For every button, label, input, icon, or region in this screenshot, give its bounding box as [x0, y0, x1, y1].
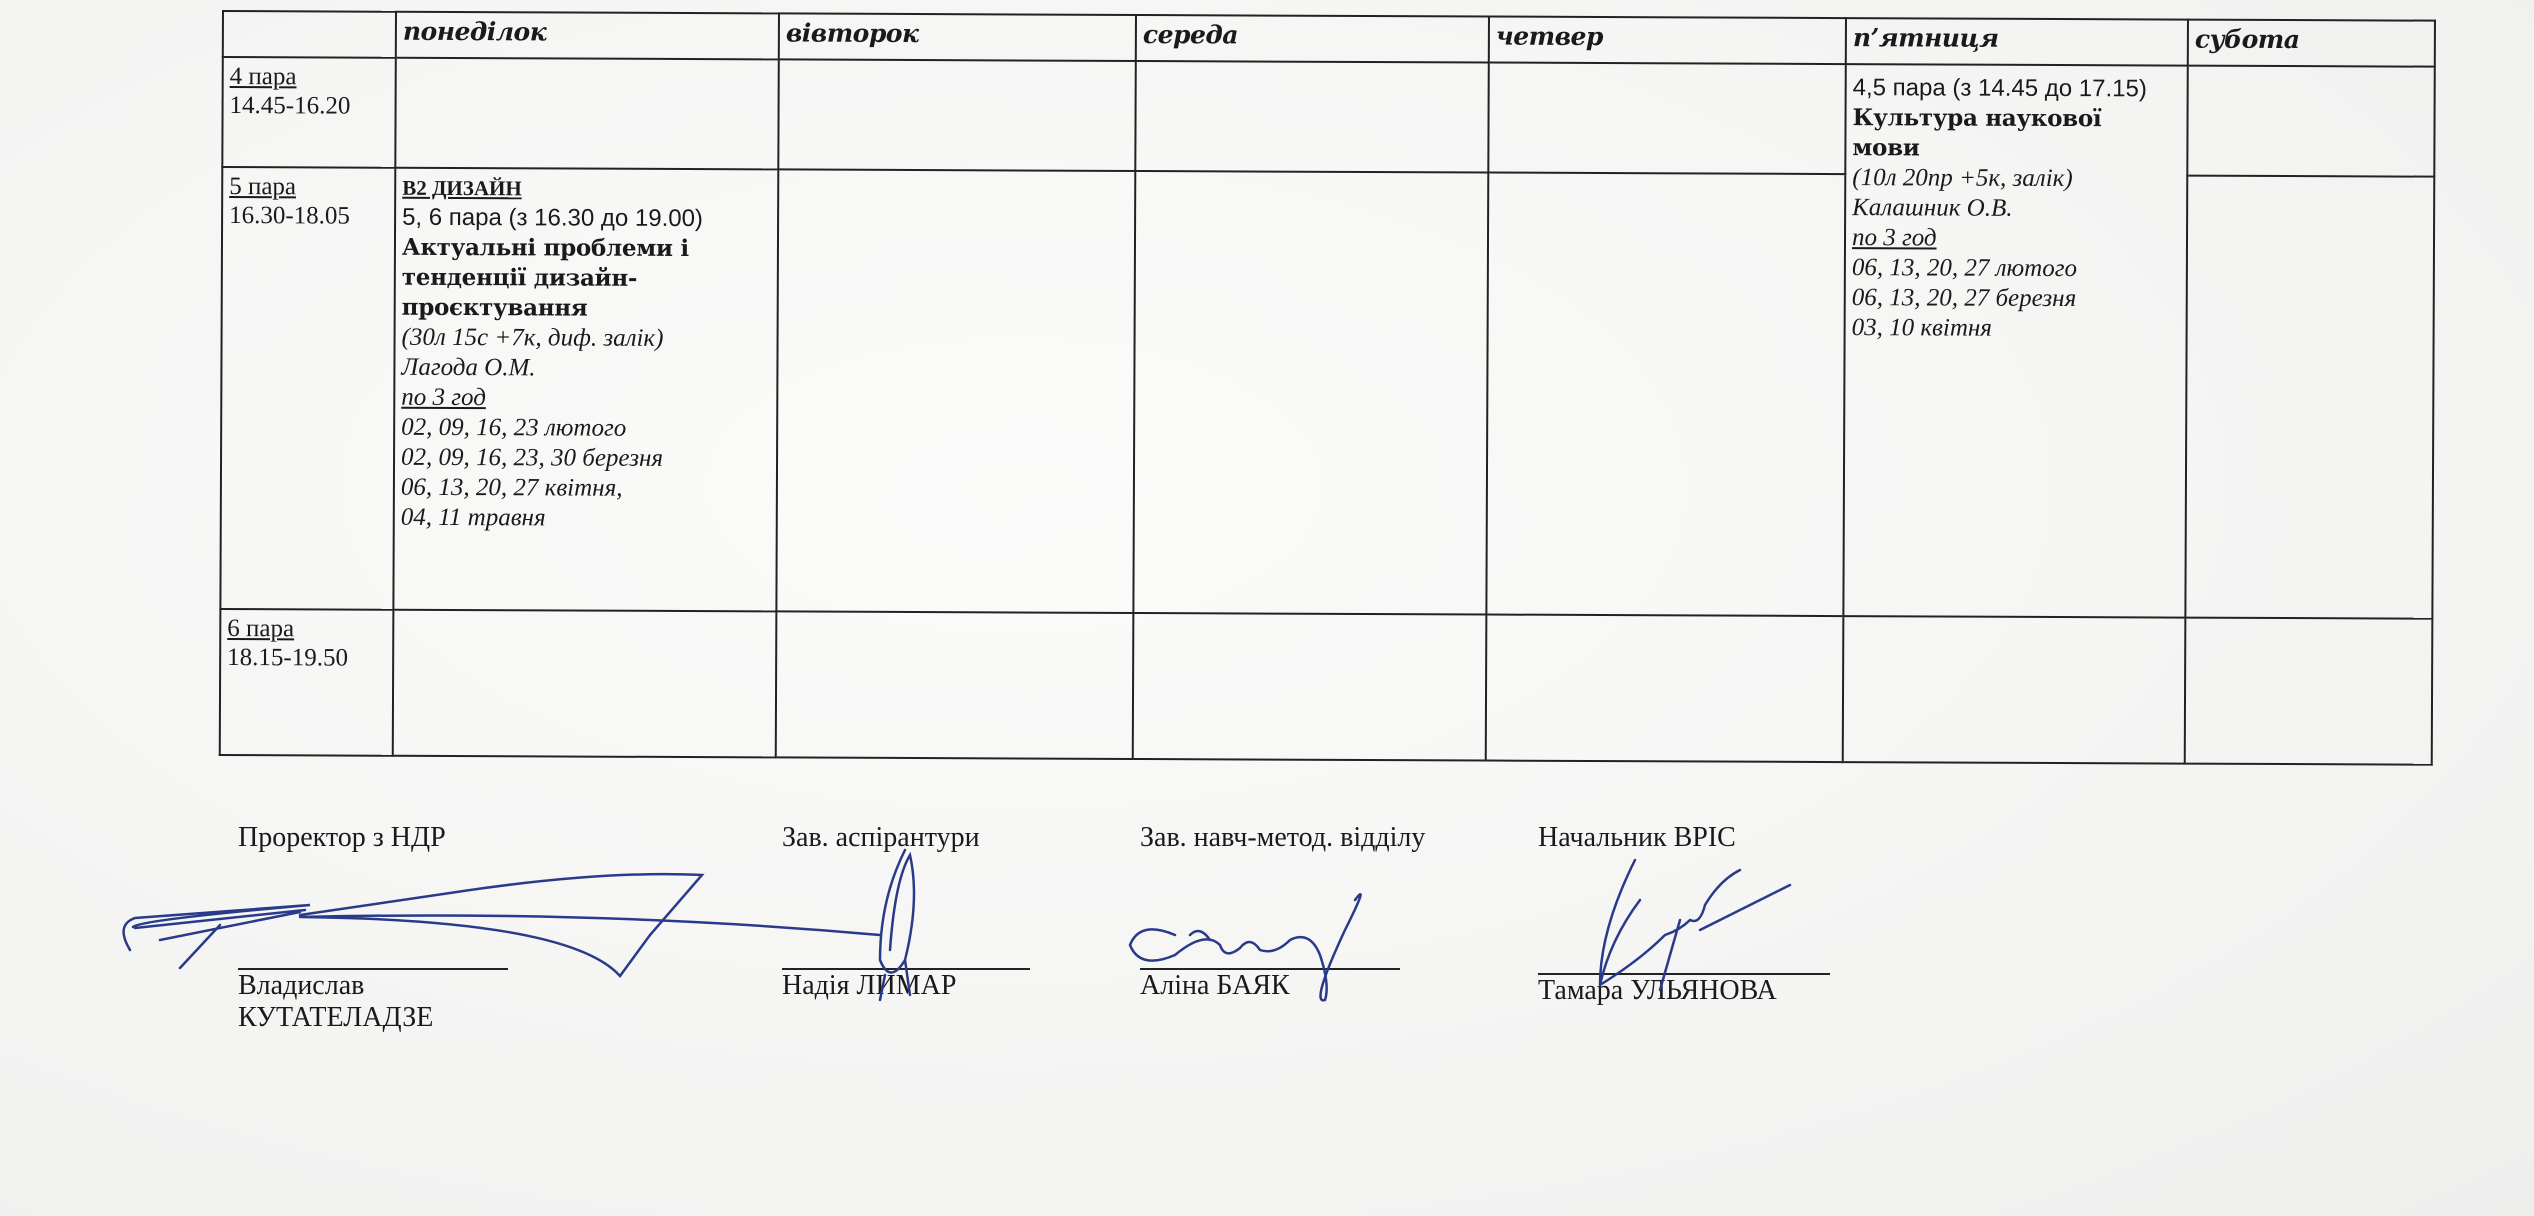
header-friday: п’ятниця [1846, 18, 2188, 65]
class-date: 04, 11 травня [401, 503, 770, 535]
slot-cell: 4 пара 14.45-16.20 [222, 57, 395, 168]
day-label: понеділок [403, 17, 546, 47]
cell-sat-6 [2185, 618, 2433, 765]
class-teacher: Лагода О.М. [401, 353, 770, 385]
table-row: 4 пара 14.45-16.20 4,5 пара (з 14.45 до … [222, 57, 2434, 177]
signature-line [1538, 973, 1830, 975]
cell-sat-5 [2185, 176, 2434, 619]
cell-mon-class: В2 ДИЗАЙН 5, 6 пара (з 16.30 до 19.00) А… [393, 168, 778, 612]
class-hours: (30л 15с +7к, диф. залік) [402, 323, 771, 355]
slot-label: 6 пара [227, 614, 386, 644]
header-wednesday: середа [1136, 15, 1489, 63]
class-group: В2 ДИЗАЙН [402, 173, 771, 205]
slot-cell: 5 пара 16.30-18.05 [220, 167, 395, 610]
signature-name: Тамара УЛЬЯНОВА [1538, 975, 1777, 1007]
cell-fri-6 [1843, 616, 2186, 763]
class-date: 06, 13, 20, 27 березня [1852, 283, 2180, 314]
signature-kutateladze [124, 874, 880, 976]
header-saturday: субота [2188, 20, 2435, 67]
class-date: 02, 09, 16, 23, 30 березня [401, 443, 770, 475]
cell-mon-6 [393, 610, 777, 758]
cell-tue-6 [776, 611, 1134, 759]
cell-wed-5 [1133, 171, 1488, 615]
signature-block: Проректор з НДР [238, 822, 446, 854]
cell-thu-6 [1486, 615, 1844, 763]
signature-block: Аліна БАЯК [1140, 970, 1290, 1002]
signature-line [782, 968, 1030, 970]
class-title-line: мови [1852, 133, 2180, 164]
class-date: 02, 09, 16, 23 лютого [401, 413, 770, 445]
signature-block: Зав. навч-метод. відділу [1140, 822, 1425, 854]
class-title-line: Актуальні проблеми і [402, 233, 771, 265]
class-per-session: по 3 год [1852, 223, 2180, 254]
header-time [223, 11, 396, 58]
header-monday: понеділок [396, 12, 779, 60]
day-label: вівторок [786, 18, 919, 48]
day-label: субота [2195, 25, 2300, 54]
day-label: п’ятниця [1853, 23, 1999, 53]
cell-fri-class: 4,5 пара (з 14.45 до 17.15) Культура нау… [1843, 64, 2187, 617]
schedule-table: понеділок вівторок середа четвер п’ятниц… [219, 10, 2436, 766]
document-page: понеділок вівторок середа четвер п’ятниц… [0, 0, 2534, 1216]
signature-role: Проректор з НДР [238, 822, 446, 854]
slot-time: 18.15-19.50 [227, 643, 386, 674]
class-teacher: Калашник О.В. [1852, 193, 2180, 224]
cell-thu-4 [1488, 63, 1845, 175]
class-per-session: по 3 год [401, 383, 770, 415]
table-row: 6 пара 18.15-19.50 [220, 609, 2433, 765]
header-thursday: четвер [1489, 17, 1846, 65]
signature-role: Зав. аспірантури [782, 822, 980, 854]
signature-name: Надія ЛИМАР [782, 970, 956, 1002]
signature-block: Начальник ВРІС [1538, 822, 1736, 854]
signature-name: Владислав КУТАТЕЛАДЗЕ [238, 970, 508, 1034]
slot-time: 14.45-16.20 [230, 91, 389, 122]
header-tuesday: вівторок [779, 13, 1136, 61]
cell-thu-5 [1486, 173, 1845, 617]
class-hours: (10л 20пр +5к, залік) [1852, 163, 2180, 194]
class-title-line: проєктування [402, 293, 771, 325]
class-title-line: тенденції дизайн- [402, 263, 771, 295]
class-date: 06, 13, 20, 27 квітня, [401, 473, 770, 505]
slot-time: 16.30-18.05 [229, 201, 388, 232]
signature-block: Надія ЛИМАР [782, 970, 956, 1002]
cell-tue-5 [776, 169, 1135, 613]
signature-line [238, 968, 508, 970]
signature-role: Начальник ВРІС [1538, 822, 1736, 854]
signature-ulyanova [1600, 860, 1790, 990]
slot-cell: 6 пара 18.15-19.50 [220, 609, 394, 756]
cell-mon-4 [395, 58, 778, 170]
class-date: 03, 10 квітня [1852, 313, 2180, 344]
cell-wed-6 [1133, 613, 1487, 761]
slot-label: 5 пара [229, 172, 388, 202]
signature-line [1140, 968, 1400, 970]
signature-role: Зав. навч-метод. відділу [1140, 822, 1425, 854]
class-slot: 4,5 пара (з 14.45 до 17.15) [1853, 73, 2181, 104]
day-label: четвер [1496, 22, 1603, 51]
class-slot: 5, 6 пара (з 16.30 до 19.00) [402, 203, 771, 235]
cell-tue-4 [778, 59, 1135, 171]
slot-label: 4 пара [230, 62, 389, 92]
class-date: 06, 13, 20, 27 лютого [1852, 253, 2180, 284]
signature-name: Аліна БАЯК [1140, 970, 1290, 1002]
signature-block: Владислав КУТАТЕЛАДЗЕ [238, 970, 508, 1034]
signature-block: Тамара УЛЬЯНОВА [1538, 975, 1777, 1007]
class-title-line: Культура наукової [1852, 103, 2180, 134]
cell-wed-4 [1135, 61, 1488, 173]
signature-block: Зав. аспірантури [782, 822, 980, 854]
day-label: середа [1143, 20, 1238, 49]
cell-sat-4 [2187, 66, 2434, 177]
